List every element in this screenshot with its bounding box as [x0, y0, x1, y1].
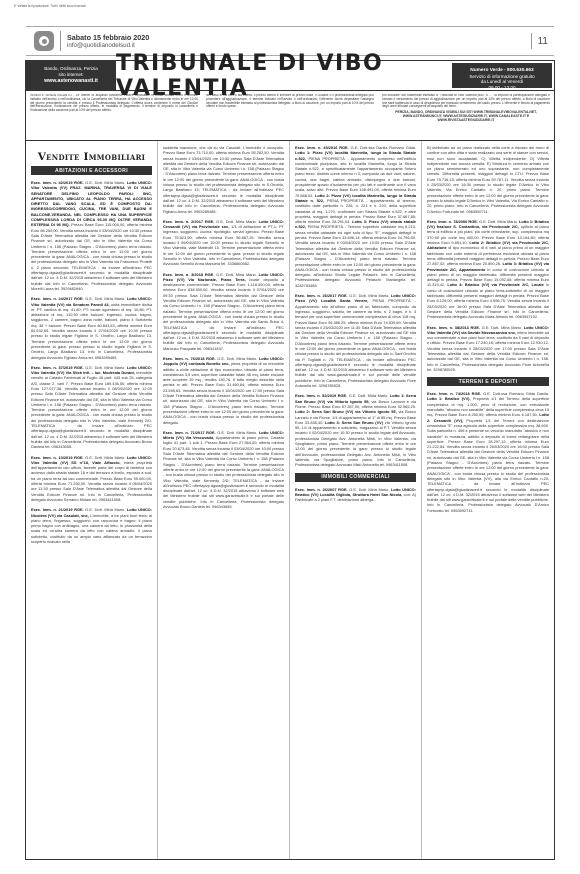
- column-3: Esec. Imm. n. 45/2016 RGE. G.E. Dott.ssa…: [290, 141, 422, 859]
- masthead-website-box: Bando, Ordinanza, Perizia sito internet:…: [26, 61, 116, 90]
- listing: Esec. Imm. n. 21/2019 RGE. G.E. Dott. Mi…: [31, 507, 152, 544]
- masthead-helpline-box: Numero Verde - 800.630.663 Servizio di i…: [452, 63, 552, 88]
- intro-col-3-text: pro circolare non trasferibile intestato…: [382, 94, 550, 109]
- listing: Esec. Imm. n. 24/2017 RGE. G.E. Dott. Mi…: [31, 296, 152, 360]
- listing: Esec. Imm. n. 2/2017 RGE. G.E. Dott. Mir…: [163, 219, 284, 267]
- listing: Esec. Imm. n. 74/2018 RGE. G.E. Dott.ssa…: [427, 391, 549, 513]
- listing: Esec. Imm. n. 76/2018 RGE. G.E. Dott. Mi…: [163, 356, 284, 425]
- subsection-terreni: TERRENI E DEPOSITI: [427, 377, 549, 386]
- page-number-divider: [531, 33, 532, 49]
- listing: Esec. Imm. n. 26/2007 RGE. G.E. Dott. Mi…: [295, 487, 416, 503]
- listing: Esec. Imm. n. 45/2016 RGE. G.E. Dott.ssa…: [295, 145, 416, 288]
- section-title-vendite: Vendite Immobiliari: [31, 151, 152, 163]
- column-1: Vendite Immobiliari ABITAZIONI E ACCESSO…: [26, 141, 158, 859]
- listing: Esec. Imm. n. 42/2019 RGE. G.E. Dott. Mi…: [31, 180, 152, 291]
- listing: Esec. Imm. n. 38/2013 RGE. G.E. Dott. Mi…: [427, 325, 549, 373]
- listings-columns: Vendite Immobiliari ABITAZIONI E ACCESSO…: [26, 141, 554, 859]
- intro-col-3: pro circolare non trasferibile intestato…: [382, 94, 550, 137]
- listing: Esec. Imm. n. 3/2018 RGE. G.E. Dott. Mir…: [163, 272, 284, 351]
- contact-email[interactable]: info@quotidianodelsud.it: [67, 42, 149, 50]
- page-number-box: 11: [531, 33, 548, 49]
- listing: B) fabbricato ad un piano realizzato nel…: [427, 145, 549, 214]
- header-divider: [60, 31, 61, 51]
- listing: Esec. Imm. n. 26/2017 RGE. G.E. Dott. Mi…: [295, 293, 416, 388]
- listing: suddetta mansione, che dà su via Casulat…: [163, 145, 284, 214]
- intro-col-1: VENDITE SENZA INCANTO - Le offerte di ac…: [30, 94, 198, 137]
- masthead-website-link[interactable]: www.astenowanasti.it: [26, 78, 116, 84]
- issue-date: Sabato 15 febbraio 2020: [67, 33, 149, 42]
- intro-col-2: Nel caso in cui non vi sia offerta, il p…: [206, 94, 374, 137]
- subsection-commerciali: IMMOBILI COMMERCIALI: [295, 473, 416, 482]
- subsection-abitazioni: ABITAZIONI E ACCESSORI: [31, 166, 152, 175]
- tribunal-notice-frame: Bando, Ordinanza, Perizia sito internet:…: [25, 60, 555, 860]
- intro-terms: VENDITE SENZA INCANTO - Le offerte di ac…: [26, 91, 554, 141]
- listing: Esec. Imm. n. 10/2019 RGE. G.E. Dott. Mi…: [31, 455, 152, 503]
- masthead-title: TRIBUNALE DI VIBO VALENTIA: [116, 61, 450, 90]
- column-4: B) fabbricato ad un piano realizzato nel…: [422, 141, 554, 859]
- copyright-notice: E' vietata la riproduzione. Tutti i diri…: [14, 4, 86, 8]
- masthead: Bando, Ordinanza, Perizia sito internet:…: [26, 61, 554, 91]
- listing: Esec. Imm. n. 52/2019 RGE. G.E. Dott. Mi…: [295, 393, 416, 467]
- intro-links: PERIZIA, BANDO, ORDINANZA VISIBILI SUI S…: [382, 111, 550, 122]
- page-number: 11: [538, 36, 548, 47]
- listing: Esec. Imm. n. 78/2006 RGE. G.E. Dott. Mi…: [427, 219, 549, 320]
- listing: Esec. Imm. n. 71/2017 RGE. G.E. Dott. Mi…: [163, 430, 284, 509]
- header-info: Sabato 15 febbraio 2020 info@quotidianod…: [67, 33, 149, 50]
- helpline-hours: 09.00 - 13.00: [452, 85, 552, 91]
- listing: Esec. Imm. n. 37/2019 RGE. G.E. Dott. Mi…: [31, 365, 152, 450]
- column-2: suddetta mansione, che dà su via Casulat…: [158, 141, 290, 859]
- newspaper-logo-icon: [34, 31, 54, 51]
